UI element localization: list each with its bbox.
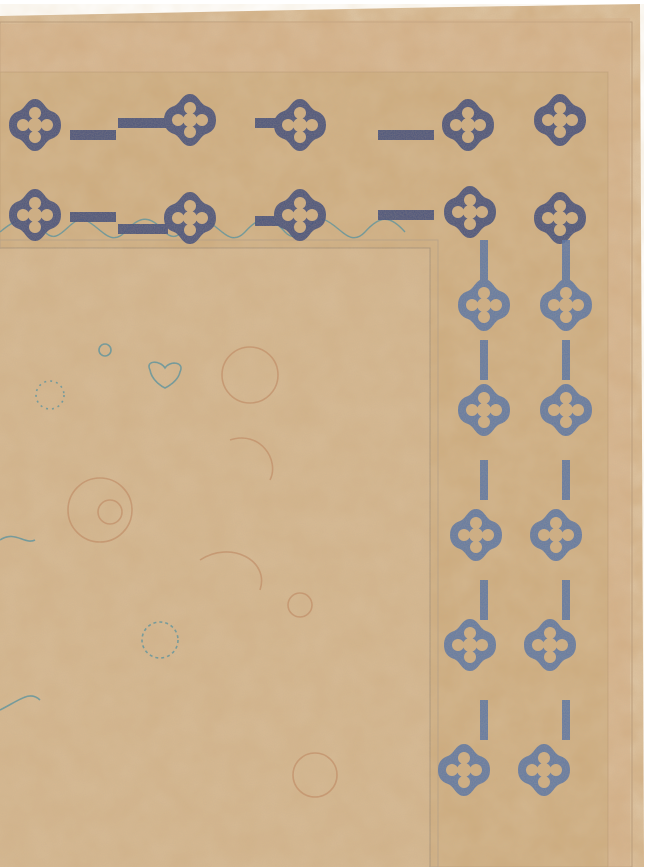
rug-illustration — [0, 0, 650, 867]
rug-photo — [0, 0, 650, 867]
